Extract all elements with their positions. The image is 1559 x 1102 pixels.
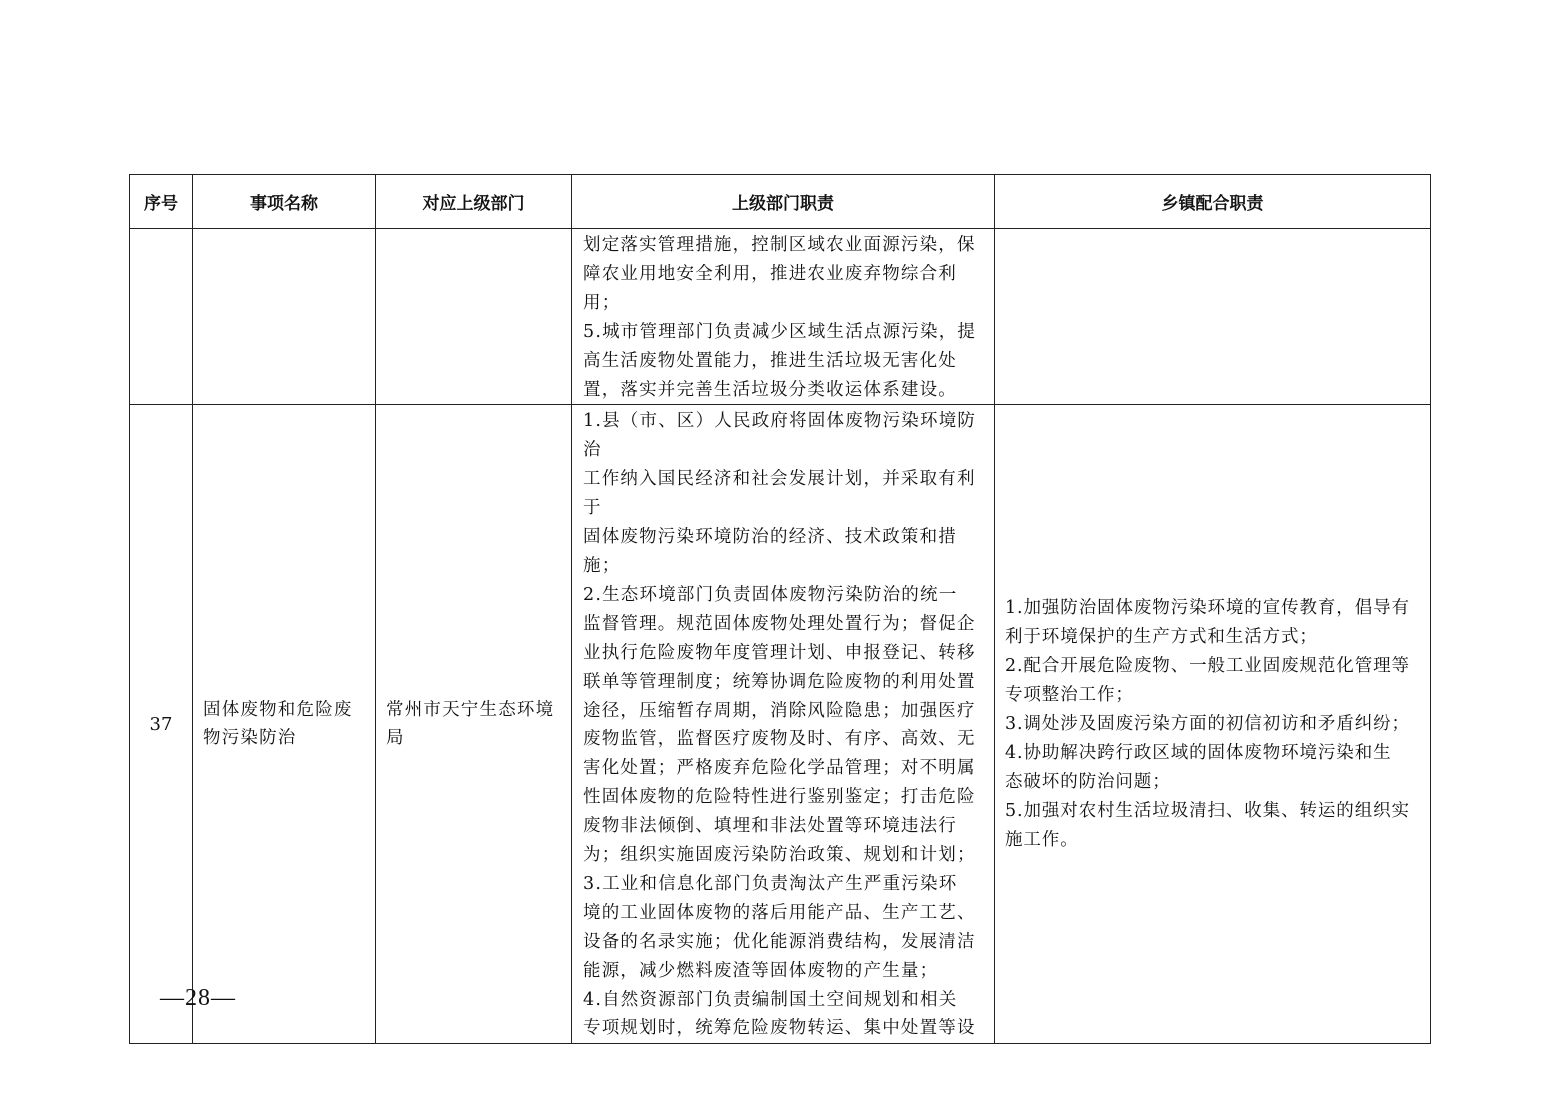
town-duties-cell: 1.加强防治固体废物污染环境的宣传教育，倡导有 利于环境保护的生产方式和生活方式… [995,405,1431,1044]
department [376,229,572,405]
item-name [193,229,376,405]
item-name: 固体废物和危险废 物污染防治 [193,405,376,1044]
superior-duties-cell: 1.县（市、区）人民政府将固体废物污染环境防治 工作纳入国民经济和社会发展计划，… [572,405,995,1044]
header-number: 序号 [130,175,193,229]
table-row: 划定落实管理措施，控制区域农业面源污染，保 障农业用地安全利用，推进农业废弃物综… [130,229,1431,405]
page-number: —28— [160,985,236,1012]
row-number [130,229,193,405]
header-item-name: 事项名称 [193,175,376,229]
superior-duties: 划定落实管理措施，控制区域农业面源污染，保 障农业用地安全利用，推进农业废弃物综… [572,229,994,404]
town-duties: 1.加强防治固体废物污染环境的宣传教育，倡导有 利于环境保护的生产方式和生活方式… [995,594,1430,854]
superior-duties: 1.县（市、区）人民政府将固体废物污染环境防治 工作纳入国民经济和社会发展计划，… [572,405,994,1043]
row-number: 37 [130,405,193,1044]
responsibility-table: 序号 事项名称 对应上级部门 上级部门职责 乡镇配合职责 划定落实管理措施，控制… [129,174,1431,1044]
table-row: 37 固体废物和危险废 物污染防治 常州市天宁生态环境 局 1.县（市、区）人民… [130,405,1431,1044]
superior-duties-cell: 划定落实管理措施，控制区域农业面源污染，保 障农业用地安全利用，推进农业废弃物综… [572,229,995,405]
table-header-row: 序号 事项名称 对应上级部门 上级部门职责 乡镇配合职责 [130,175,1431,229]
department: 常州市天宁生态环境 局 [376,405,572,1044]
header-superior-duties: 上级部门职责 [572,175,995,229]
town-duties [995,229,1431,405]
header-department: 对应上级部门 [376,175,572,229]
header-town-duties: 乡镇配合职责 [995,175,1431,229]
